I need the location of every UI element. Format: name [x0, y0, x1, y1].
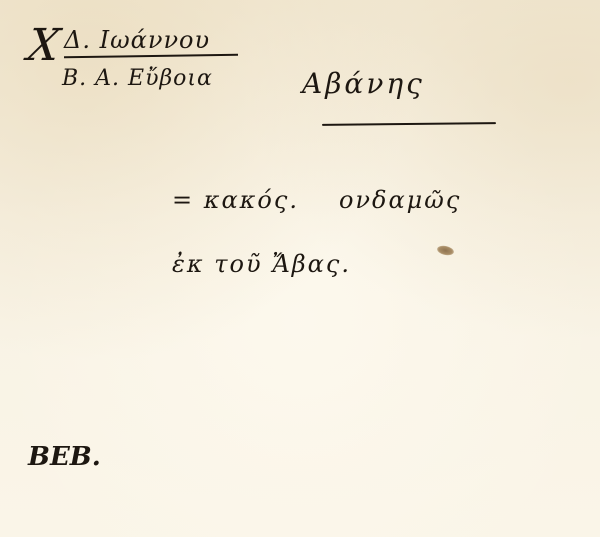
- ink-stain: [436, 244, 454, 256]
- definition-line-1: = κακός.ονδαμῶς: [172, 186, 461, 214]
- index-card: X Δ. Ιωάννου Β. Α. Εὔβοια Αβάνης = κακός…: [0, 0, 600, 537]
- definition-gloss: = κακός.: [172, 186, 299, 214]
- source-mark: X: [25, 24, 64, 68]
- definition-gloss-2: ονδαμῶς: [339, 186, 461, 214]
- headword-underline: [322, 122, 496, 126]
- headword: Αβάνης: [302, 68, 425, 100]
- source-underline: [64, 54, 238, 58]
- source-name: Δ. Ιωάννου: [64, 26, 210, 54]
- editor-initials: ΒΕΒ.: [28, 442, 101, 472]
- source-place: Β. Α. Εὔβοια: [62, 66, 213, 92]
- definition-line-2: ἐκ τοῦ Ἄβας.: [172, 250, 351, 278]
